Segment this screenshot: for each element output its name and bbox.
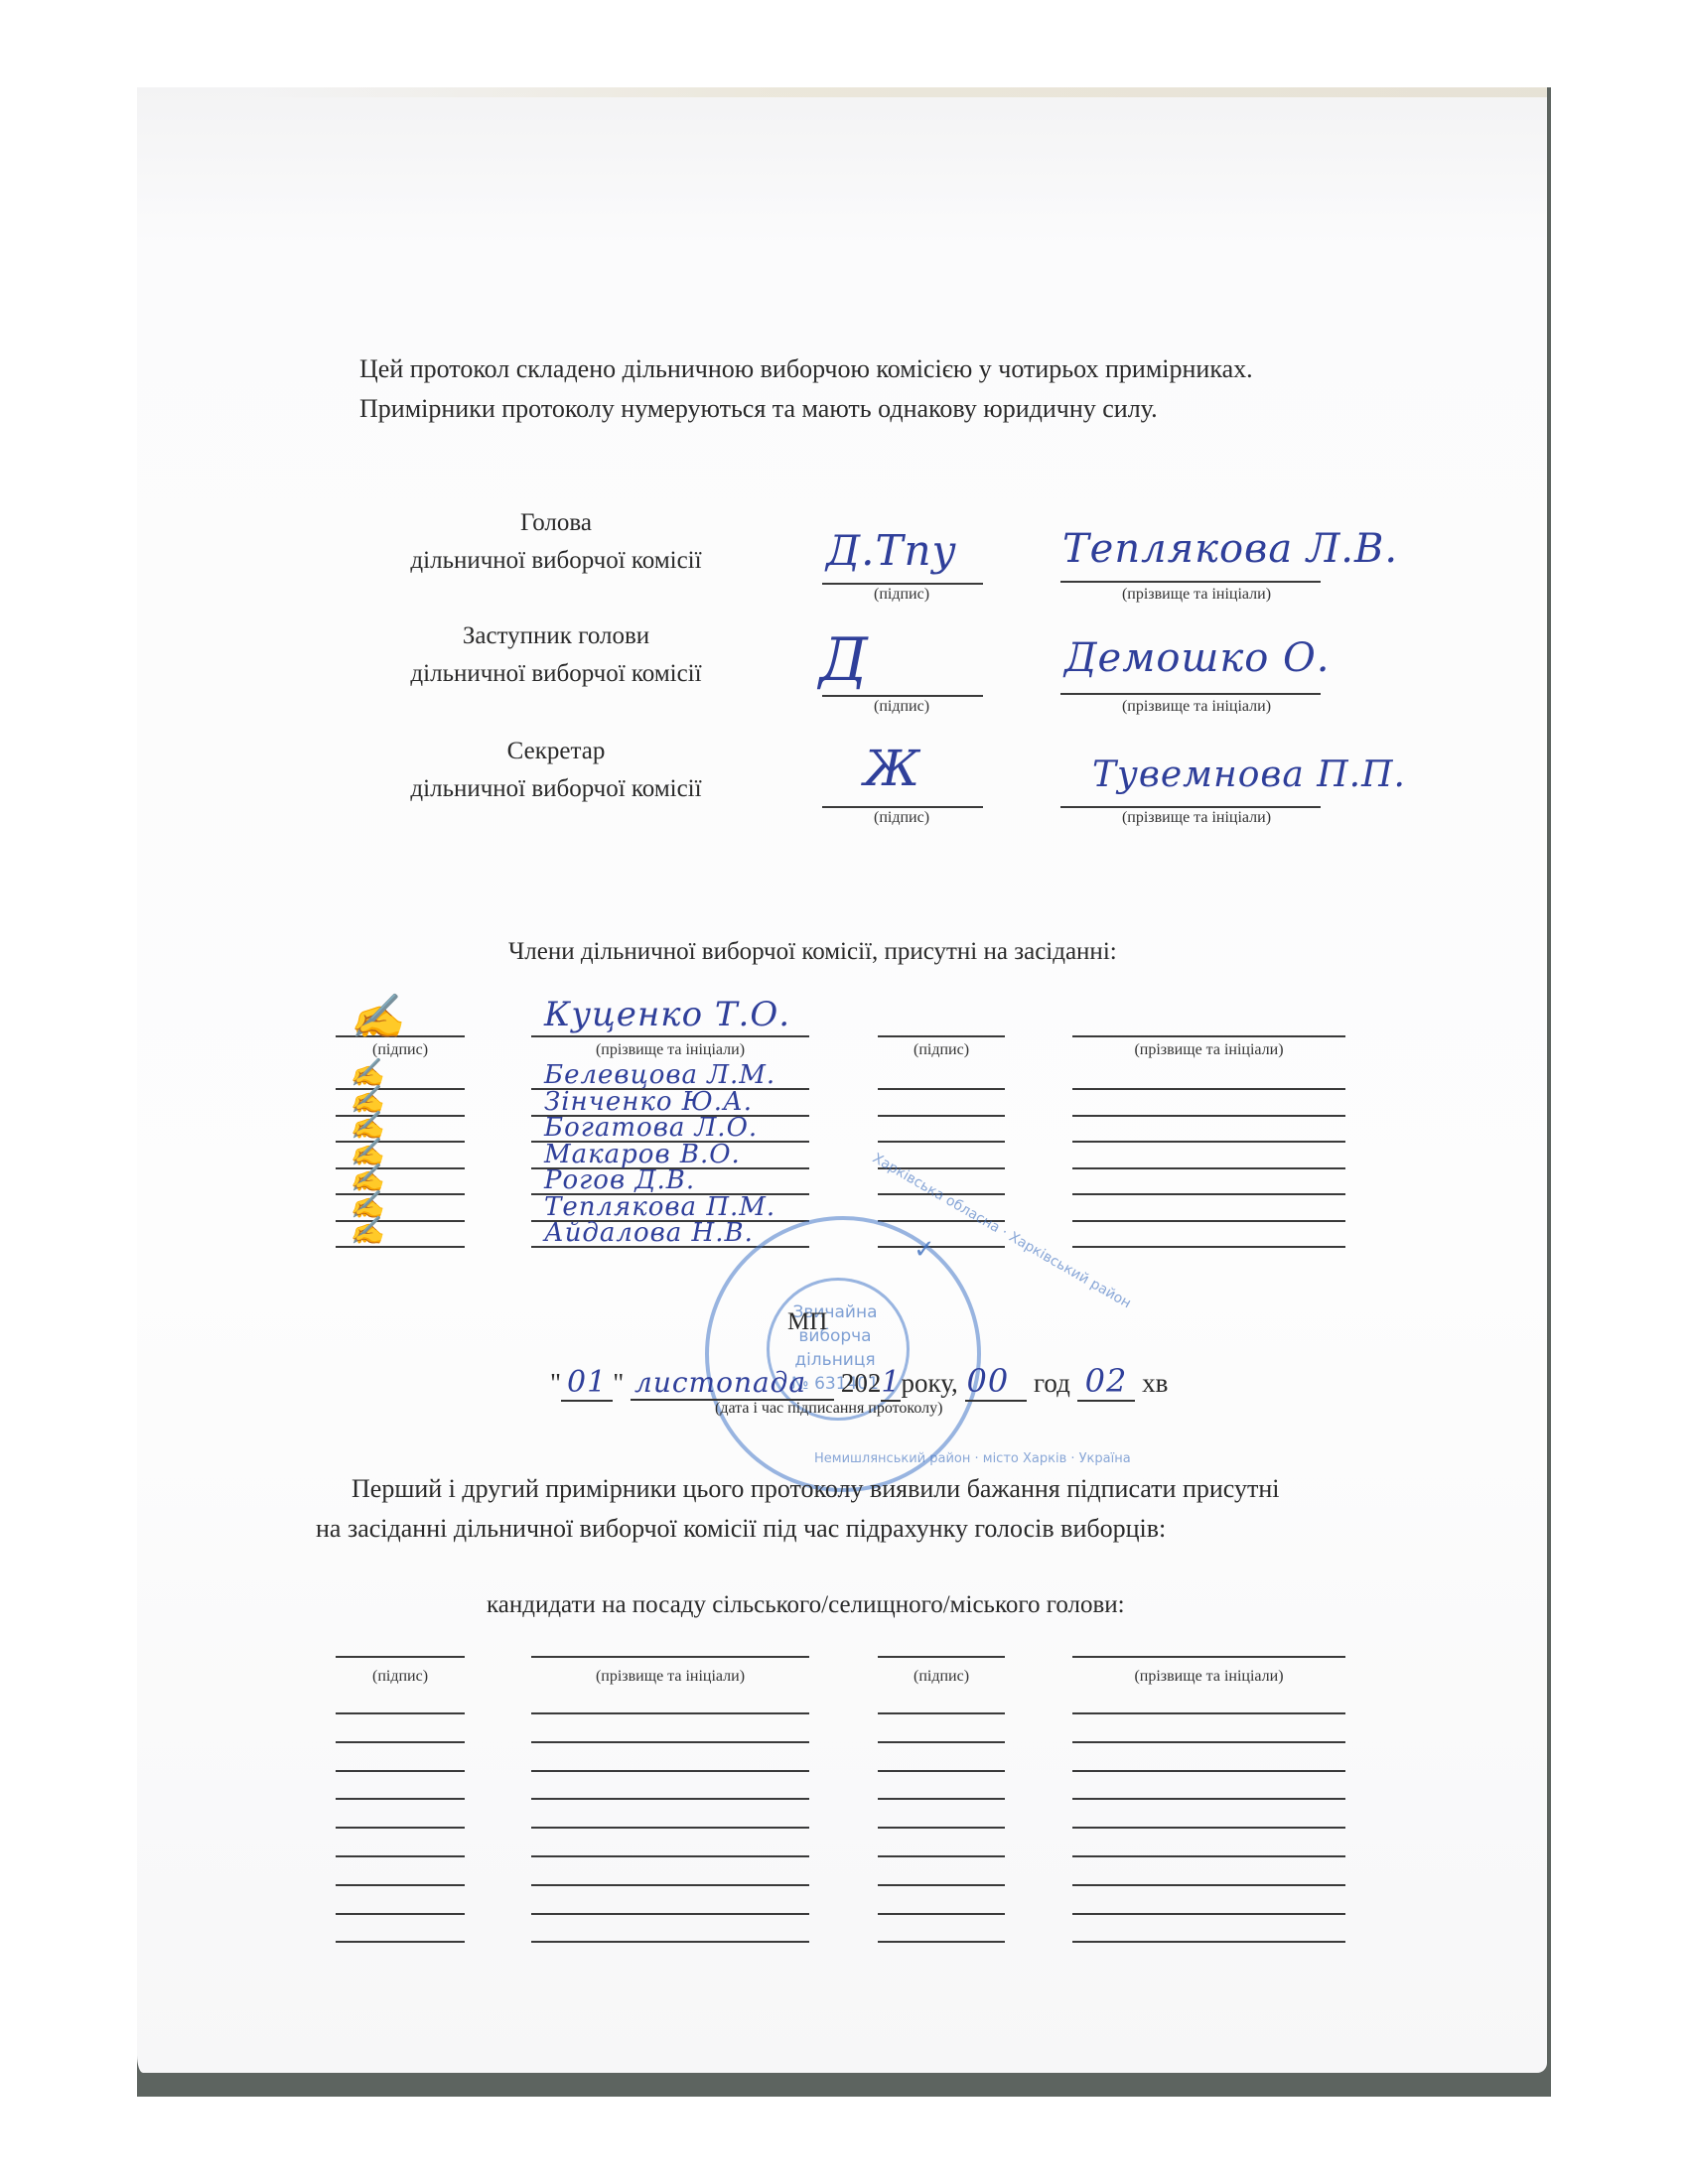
member-name[interactable]: Богатова Л.О.: [544, 1113, 758, 1143]
secretary-signature-line: [822, 806, 983, 808]
blank-line[interactable]: [1072, 1913, 1345, 1915]
intro-line-1: Цей протокол складено дільничною виборчо…: [359, 349, 1253, 389]
date-month[interactable]: листопада: [631, 1366, 834, 1401]
year-word: року,: [901, 1368, 957, 1398]
chair-name[interactable]: Теплякова Л.В.: [1062, 526, 1398, 572]
blank-line[interactable]: [1072, 1246, 1345, 1248]
blank-line[interactable]: [878, 1941, 1005, 1943]
member-signature: ✍: [350, 991, 405, 1042]
deputy-name-line: [1060, 693, 1321, 695]
blank-line[interactable]: [531, 1913, 809, 1915]
role-title: Секретар: [357, 733, 755, 770]
outro-line-1: Перший і другий примірники цього протоко…: [316, 1469, 1279, 1509]
role-subtitle: дільничної виборчої комісії: [357, 770, 755, 808]
member-signature: ✍: [350, 1214, 385, 1247]
officer-role-secretary: Секретар дільничної виборчої комісії: [357, 733, 755, 808]
blank-line[interactable]: [878, 1798, 1005, 1800]
blank-line[interactable]: [1072, 1141, 1345, 1143]
officer-role-chair: Голова дільничної виборчої комісії: [357, 504, 755, 580]
blank-line[interactable]: [336, 1656, 465, 1658]
signature-caption: (підпис): [842, 698, 961, 716]
blank-line[interactable]: [1072, 1115, 1345, 1117]
role-title: Голова: [357, 504, 755, 542]
secretary-name-line: [1060, 806, 1321, 808]
member-name[interactable]: Белевцова Л.М.: [544, 1060, 775, 1090]
member-name[interactable]: Макаров В.О.: [544, 1140, 741, 1169]
name-caption: (прізвище та ініціали): [1072, 1668, 1345, 1686]
year-prefix: 202: [841, 1368, 882, 1398]
blank-line[interactable]: [1072, 1167, 1345, 1169]
blank-line[interactable]: [336, 1941, 465, 1943]
role-title: Заступник голови: [357, 617, 755, 655]
blank-line[interactable]: [878, 1770, 1005, 1772]
members-heading: Члени дільничної виборчої комісії, прису…: [508, 938, 1117, 966]
blank-line[interactable]: [878, 1884, 1005, 1886]
member-name[interactable]: Рогов Д.В.: [544, 1165, 695, 1195]
blank-line[interactable]: [878, 1827, 1005, 1829]
deputy-name[interactable]: Демошко О.: [1064, 635, 1331, 681]
quote: ": [550, 1368, 561, 1398]
blank-line[interactable]: [1072, 1712, 1345, 1714]
blank-line[interactable]: [1072, 1770, 1345, 1772]
member-name[interactable]: Теплякова П.М.: [544, 1192, 775, 1222]
deputy-signature: Д: [819, 625, 869, 695]
blank-line[interactable]: [1072, 1884, 1345, 1886]
signing-date-line: "01" листопада 2021року, 00 год 02 хв: [550, 1362, 1168, 1400]
blank-line[interactable]: [336, 1770, 465, 1772]
member-name[interactable]: Куценко Т.О.: [544, 995, 790, 1034]
blank-line[interactable]: [1072, 1941, 1345, 1943]
chair-signature: Д.Тпу: [826, 526, 957, 575]
secretary-signature: Ж: [864, 740, 920, 797]
blank-line[interactable]: [336, 1827, 465, 1829]
blank-line[interactable]: [878, 1141, 1005, 1143]
outro-paragraph: Перший і другий примірники цього протоко…: [316, 1469, 1279, 1549]
candidates-heading: кандидати на посаду сільського/селищного…: [487, 1591, 1125, 1619]
blank-line[interactable]: [1072, 1798, 1345, 1800]
blank-line[interactable]: [531, 1827, 809, 1829]
blank-line[interactable]: [531, 1941, 809, 1943]
blank-line[interactable]: [531, 1712, 809, 1714]
blank-line[interactable]: [336, 1712, 465, 1714]
quote: ": [613, 1368, 624, 1398]
blank-line[interactable]: [1072, 1220, 1345, 1222]
blank-line[interactable]: [1072, 1035, 1345, 1037]
signature-caption: (підпис): [842, 586, 961, 604]
date-minutes[interactable]: 02: [1077, 1362, 1136, 1402]
blank-line[interactable]: [878, 1712, 1005, 1714]
signature-caption: (підпис): [842, 809, 961, 827]
signature-caption: (підпис): [878, 1041, 1005, 1059]
blank-line[interactable]: [336, 1884, 465, 1886]
blank-line[interactable]: [878, 1035, 1005, 1037]
blank-line[interactable]: [336, 1798, 465, 1800]
blank-line[interactable]: [1072, 1193, 1345, 1195]
name-caption: (прізвище та ініціали): [1092, 586, 1301, 604]
member-name[interactable]: Зінченко Ю.А.: [544, 1087, 753, 1117]
blank-line[interactable]: [336, 1913, 465, 1915]
signature-caption: (підпис): [878, 1668, 1005, 1686]
name-caption: (прізвище та ініціали): [1092, 809, 1301, 827]
blank-line[interactable]: [878, 1913, 1005, 1915]
blank-line[interactable]: [531, 1855, 809, 1857]
blank-line[interactable]: [1072, 1741, 1345, 1743]
secretary-name[interactable]: Тувемнова П.П.: [1092, 754, 1406, 795]
role-subtitle: дільничної виборчої комісії: [357, 655, 755, 693]
minutes-word: хв: [1142, 1368, 1168, 1398]
intro-paragraph: Цей протокол складено дільничною виборчо…: [359, 349, 1253, 429]
blank-line[interactable]: [531, 1884, 809, 1886]
name-caption: (прізвище та ініціали): [531, 1041, 809, 1059]
date-day[interactable]: 01: [561, 1365, 613, 1402]
name-caption: (прізвище та ініціали): [1092, 698, 1301, 716]
hours-word: год: [1034, 1368, 1070, 1398]
chair-name-line: [1060, 581, 1321, 583]
blank-line[interactable]: [1072, 1855, 1345, 1857]
blank-line[interactable]: [531, 1770, 809, 1772]
outro-line-2: на засіданні дільничної виборчої комісії…: [316, 1509, 1279, 1549]
blank-line[interactable]: [878, 1741, 1005, 1743]
check-icon: ✓: [914, 1235, 935, 1265]
blank-line[interactable]: [1072, 1827, 1345, 1829]
name-caption: (прізвище та ініціали): [1072, 1041, 1345, 1059]
blank-line[interactable]: [878, 1115, 1005, 1117]
intro-line-2: Примірники протоколу нумеруються та мают…: [359, 389, 1253, 429]
blank-line[interactable]: [531, 1656, 809, 1658]
officer-role-deputy: Заступник голови дільничної виборчої ком…: [357, 617, 755, 693]
blank-line[interactable]: [1072, 1656, 1345, 1658]
blank-line[interactable]: [878, 1855, 1005, 1857]
blank-line[interactable]: [878, 1088, 1005, 1090]
chair-signature-line: [822, 583, 983, 585]
signing-date-caption: (дата і час підписання протоколу): [715, 1400, 943, 1418]
blank-line[interactable]: [336, 1855, 465, 1857]
member-name[interactable]: Айдалова Н.В.: [544, 1218, 754, 1248]
blank-line[interactable]: [1072, 1088, 1345, 1090]
blank-line[interactable]: [878, 1656, 1005, 1658]
blank-line[interactable]: [531, 1741, 809, 1743]
date-hours[interactable]: 00: [965, 1362, 1028, 1402]
role-subtitle: дільничної виборчої комісії: [357, 542, 755, 580]
stamp-ring-bottom: Немишлянський район · місто Харків · Укр…: [814, 1451, 1131, 1466]
blank-line: [531, 1035, 809, 1037]
blank-line[interactable]: [531, 1798, 809, 1800]
name-caption: (прізвище та ініціали): [531, 1668, 809, 1686]
blank-line[interactable]: [336, 1741, 465, 1743]
date-year-digit[interactable]: 1: [881, 1365, 901, 1402]
deputy-signature-line: [822, 695, 983, 697]
signature-caption: (підпис): [336, 1668, 465, 1686]
seal-mark-label: МП: [787, 1308, 827, 1336]
